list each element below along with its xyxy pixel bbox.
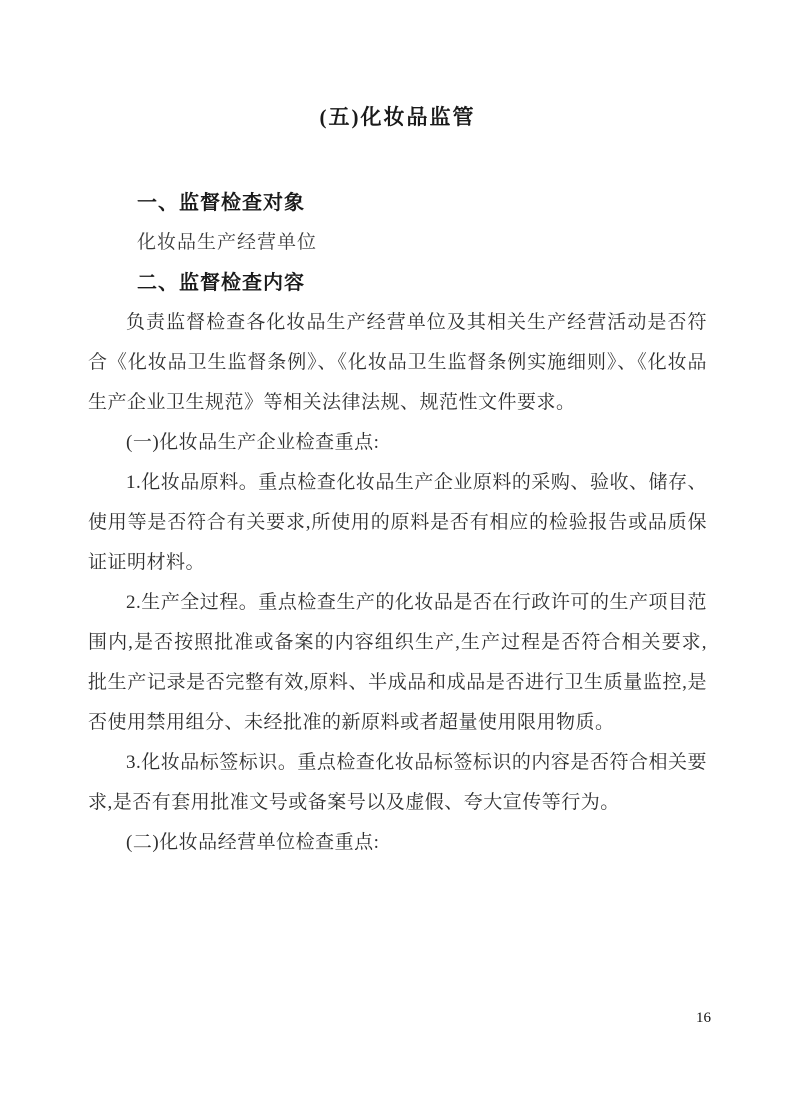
paragraph-operator-key-points: (二)化妆品经营单位检查重点: (88, 823, 707, 863)
paragraph-manufacturer-key-points: (一)化妆品生产企业检查重点: (88, 423, 707, 463)
document-title: (五)化妆品监管 (88, 100, 707, 134)
page-number: 16 (696, 1008, 711, 1028)
document-page: (五)化妆品监管 一、监督检查对象 化妆品生产经营单位 二、监督检查内容 负责监… (0, 0, 793, 1096)
inspection-target-text: 化妆品生产经营单位 (88, 223, 707, 263)
section-heading-inspection-target: 一、监督检查对象 (88, 183, 707, 223)
paragraph-item-1-raw-materials: 1.化妆品原料。重点检查化妆品生产企业原料的采购、验收、储存、使用等是否符合有关… (88, 463, 707, 583)
paragraph-item-2-production-process: 2.生产全过程。重点检查生产的化妆品是否在行政许可的生产项目范围内,是否按照批准… (88, 583, 707, 743)
document-content: (五)化妆品监管 一、监督检查对象 化妆品生产经营单位 二、监督检查内容 负责监… (88, 100, 707, 863)
paragraph-item-3-labeling: 3.化妆品标签标识。重点检查化妆品标签标识的内容是否符合相关要求,是否有套用批准… (88, 743, 707, 823)
paragraph-overview: 负责监督检查各化妆品生产经营单位及其相关生产经营活动是否符合《化妆品卫生监督条例… (88, 303, 707, 423)
section-heading-inspection-content: 二、监督检查内容 (88, 263, 707, 303)
